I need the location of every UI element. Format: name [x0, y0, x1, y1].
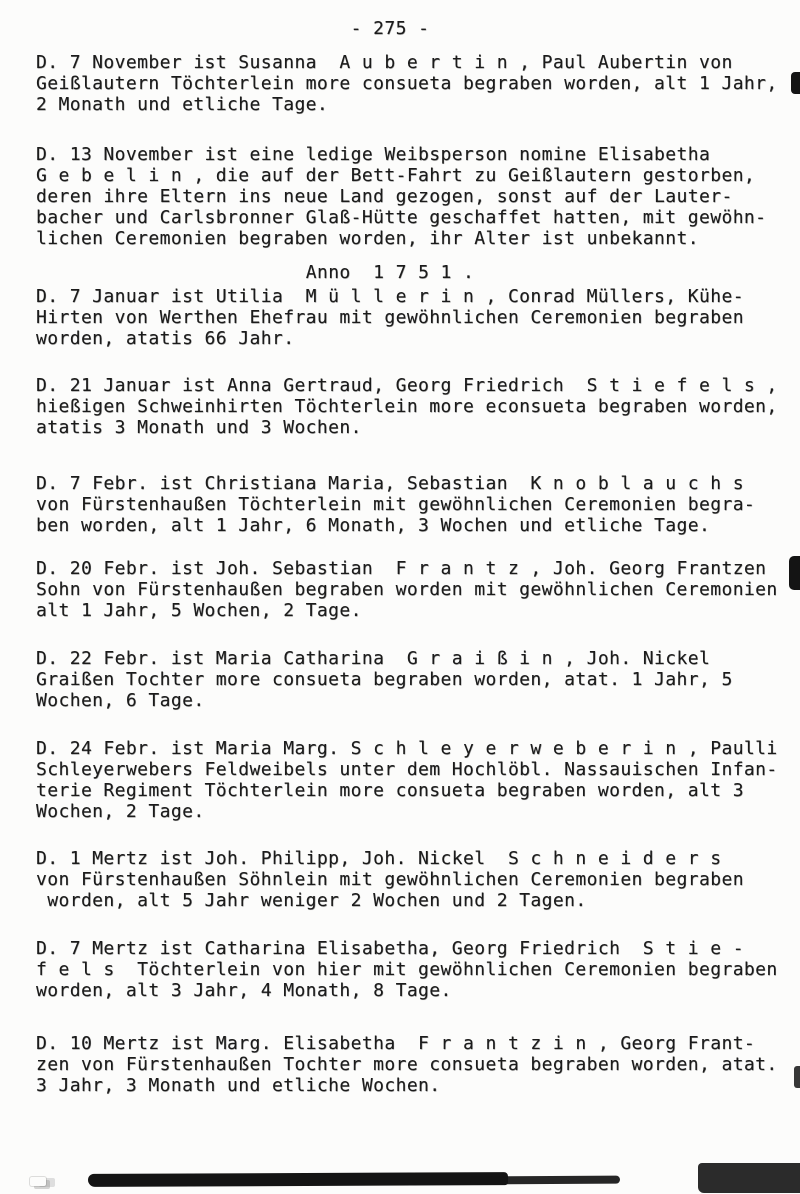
entry-line: Wochen, 6 Tage.: [36, 690, 800, 711]
entry-line: Graißen Tochter more consueta begraben w…: [36, 669, 800, 690]
anno-1751-heading: Anno 1 7 5 1 .: [20, 262, 760, 283]
entry-line: 3 Jahr, 3 Monath und etliche Wochen.: [36, 1075, 800, 1096]
entry-line: worden, alt 3 Jahr, 4 Monath, 8 Tage.: [36, 980, 800, 1001]
entry-line: Hirten von Werthen Ehefrau mit gewöhnlic…: [36, 307, 800, 328]
ink-smudge-corner: [698, 1163, 800, 1193]
burial-entry: D. 7 Febr. ist Christiana Maria, Sebasti…: [36, 473, 800, 536]
entry-line: von Fürstenhaußen Töchterlein mit gewöhn…: [36, 494, 800, 515]
burial-entry: D. 1 Mertz ist Joh. Philipp, Joh. Nickel…: [36, 848, 800, 911]
ink-smudge-bar: [88, 1172, 508, 1187]
entry-line: D. 21 Januar ist Anna Gertraud, Georg Fr…: [36, 375, 800, 396]
entry-line: Wochen, 2 Tage.: [36, 801, 800, 822]
entry-line: Geißlautern Töchterlein more consueta be…: [36, 73, 800, 94]
edge-ink-mark-lower: [794, 1066, 800, 1088]
entry-line: D. 7 November ist Susanna A u b e r t i …: [36, 52, 800, 73]
entry-line: G e b e l i n , die auf der Bett-Fahrt z…: [36, 165, 800, 186]
ink-speck-group: [30, 1177, 46, 1186]
ink-smudge-bar-tail: [470, 1176, 620, 1185]
edge-ink-mark-middle: [789, 556, 800, 590]
burial-entry: D. 22 Febr. ist Maria Catharina G r a i …: [36, 648, 800, 711]
entry-line: D. 24 Febr. ist Maria Marg. S c h l e y …: [36, 738, 800, 759]
burial-entry: D. 7 Mertz ist Catharina Elisabetha, Geo…: [36, 938, 800, 1001]
edge-ink-mark-top: [791, 72, 800, 94]
entry-line: von Fürstenhaußen Söhnlein mit gewöhnlic…: [36, 869, 800, 890]
entry-line: f e l s Töchterlein von hier mit gewöhnl…: [36, 959, 800, 980]
page-number: - 275 -: [20, 18, 760, 39]
entry-line: D. 7 Januar ist Utilia M ü l l e r i n ,…: [36, 286, 800, 307]
entry-line: ben worden, alt 1 Jahr, 6 Monath, 3 Woch…: [36, 515, 800, 536]
burial-entry: D. 7 November ist Susanna A u b e r t i …: [36, 52, 800, 115]
burial-entry: D. 13 November ist eine ledige Weibspers…: [36, 144, 800, 249]
burial-entry: D. 20 Febr. ist Joh. Sebastian F r a n t…: [36, 558, 800, 621]
entry-line: worden, atatis 66 Jahr.: [36, 328, 800, 349]
entry-line: D. 13 November ist eine ledige Weibspers…: [36, 144, 800, 165]
entry-line: bacher und Carlsbronner Glaß-Hütte gesch…: [36, 207, 800, 228]
burial-entry: D. 7 Januar ist Utilia M ü l l e r i n ,…: [36, 286, 800, 349]
entries-section-1750: D. 7 November ist Susanna A u b e r t i …: [36, 52, 800, 249]
entry-line: alt 1 Jahr, 5 Wochen, 2 Tage.: [36, 600, 800, 621]
entry-line: lichen Ceremonien begraben worden, ihr A…: [36, 228, 800, 249]
entry-line: D. 22 Febr. ist Maria Catharina G r a i …: [36, 648, 800, 669]
entry-line: Schleyerwebers Feldweibels unter dem Hoc…: [36, 759, 800, 780]
entry-line: 2 Monath und etliche Tage.: [36, 94, 800, 115]
entry-line: zen von Fürstenhaußen Tochter more consu…: [36, 1054, 800, 1075]
entries-section-1751: D. 7 Januar ist Utilia M ü l l e r i n ,…: [36, 286, 800, 1096]
entry-line: D. 7 Febr. ist Christiana Maria, Sebasti…: [36, 473, 800, 494]
entry-line: D. 10 Mertz ist Marg. Elisabetha F r a n…: [36, 1033, 800, 1054]
entry-line: terie Regiment Töchterlein more consueta…: [36, 780, 800, 801]
entry-line: D. 1 Mertz ist Joh. Philipp, Joh. Nickel…: [36, 848, 800, 869]
burial-entry: D. 24 Febr. ist Maria Marg. S c h l e y …: [36, 738, 800, 822]
entry-line: worden, alt 5 Jahr weniger 2 Wochen und …: [36, 890, 800, 911]
burial-entry: D. 21 Januar ist Anna Gertraud, Georg Fr…: [36, 375, 800, 438]
entry-line: D. 7 Mertz ist Catharina Elisabetha, Geo…: [36, 938, 800, 959]
burial-entry: D. 10 Mertz ist Marg. Elisabetha F r a n…: [36, 1033, 800, 1096]
entry-line: deren ihre Eltern ins neue Land gezogen,…: [36, 186, 800, 207]
entry-line: atatis 3 Monath und 3 Wochen.: [36, 417, 800, 438]
entry-line: D. 20 Febr. ist Joh. Sebastian F r a n t…: [36, 558, 800, 579]
entry-line: Sohn von Fürstenhaußen begraben worden m…: [36, 579, 800, 600]
document-page: - 275 - D. 7 November ist Susanna A u b …: [0, 0, 800, 1194]
entry-line: hießigen Schweinhirten Töchterlein more …: [36, 396, 800, 417]
